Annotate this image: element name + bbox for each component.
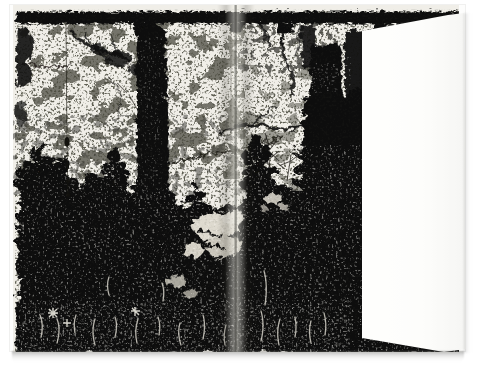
- turned-page: [350, 5, 470, 355]
- book-right-shadow: [464, 13, 471, 353]
- book-bottom-shadow: [12, 351, 464, 362]
- page-background: [0, 0, 480, 371]
